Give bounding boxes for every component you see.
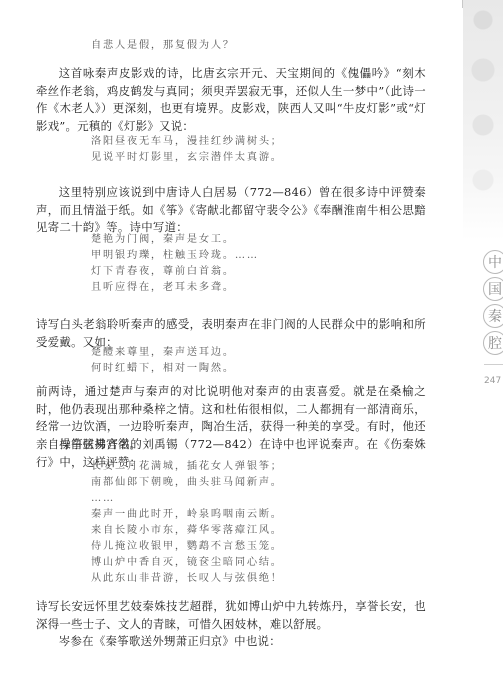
page-number: 247 [484,376,501,386]
poem-line: 楚艳为门阀，秦声是女工。 [36,232,426,248]
side-title-chinese-qinqiang: 中 国 秦 腔 [484,250,503,365]
poem-line: 见说平时灯影里，玄宗潜伴太真游。 [36,150,426,166]
poem-quote: 洛阳昼夜无车马，漫挂红纱满树头；见说平时灯影里，玄宗潜伴太真游。 [36,134,426,166]
poem-line: 楚醴来尊里，秦声送耳边。 [36,345,426,361]
poem-line: …… [36,491,426,507]
poem-quote: 楚醴来尊里，秦声送耳边。何时红蜡下，相对一陶然。 [36,345,426,377]
page-edge-mark [462,0,463,8]
poem-line: 从此东山非昔游，长叹人与弦俱绝！ [36,571,426,587]
poem-line: 甲明银玓瓅，柱触玉玲珑。…… [36,248,426,264]
poem-line: 秦声一曲此时开，岭泉呜咽南云断。 [36,507,426,523]
paragraph-text: 岑参在《秦筝歌送外甥萧正归京》中也说： [36,633,426,651]
paragraph-text: 这里特别应该说到中唐诗人白居易（772—846）曾在很多诗中评赞秦声，而且情溢于… [36,184,426,237]
poem-line: 南都仙郎下朝晚，曲头驻马闻新声。 [36,475,426,491]
poem-quote: 自悲人是假，那复假为人？ [36,38,426,54]
poem-line: 博山炉中香自灭，镜奁尘暗同心结。 [36,555,426,571]
paragraph-text: 诗写长安远怀里艺妓秦姝技艺超群，犹如博山炉中九转炼丹，享誉长安，也深得一些士子、… [36,598,426,633]
side-title-char: 腔 [483,331,503,355]
poem-quote: 长安二月花满城，插花女人弹银筝；南都仙郎下朝晚，曲头驻马闻新声。……秦声一曲此时… [36,459,426,587]
poem-quote: 楚艳为门阀，秦声是女工。甲明银玓瓅，柱触玉玲珑。……灯下青春夜，尊前白首翁。且听… [36,232,426,296]
decorative-pattern-band [463,0,503,240]
poem-line: 灯下青春夜，尊前白首翁。 [36,264,426,280]
paragraph: 岑参在《秦筝歌送外甥萧正归京》中也说： [36,633,426,651]
paragraph: 这里特别应该说到中唐诗人白居易（772—846）曾在很多诗中评赞秦声，而且情溢于… [36,184,426,237]
poem-line: 且听应得在，老耳未多聋。 [36,280,426,296]
poem-line: 侍儿掩泣收银甲，鹦鹉不言愁玉笼。 [36,539,426,555]
paragraph: 这首咏秦声皮影戏的诗，比唐玄宗开元、天宝期间的《傀儡吟》“刻木牵丝作老翁，鸡皮鹤… [36,65,426,135]
book-page: 自悲人是假，那复假为人？这首咏秦声皮影戏的诗，比唐玄宗开元、天宝期间的《傀儡吟》… [0,0,503,690]
poem-line: 洛阳昼夜无车马，漫挂红纱满树头； [36,134,426,150]
side-title-char: 秦 [483,304,503,328]
poem-line: 来自长陵小市东，蕣华零落瘴江风。 [36,523,426,539]
paragraph-text: 这首咏秦声皮影戏的诗，比唐玄宗开元、天宝期间的《傀儡吟》“刻木牵丝作老翁，鸡皮鹤… [36,65,426,135]
paragraph: 诗写长安远怀里艺妓秦姝技艺超群，犹如博山炉中九转炼丹，享誉长安，也深得一些士子、… [36,598,426,633]
poem-line: 长安二月花满城，插花女人弹银筝； [36,459,426,475]
poem-line: 何时红蜡下，相对一陶然。 [36,361,426,377]
poem-line: 自悲人是假，那复假为人？ [36,38,426,54]
side-divider [484,364,503,365]
side-title-char: 中 [483,250,503,274]
side-title-char: 国 [483,277,503,301]
